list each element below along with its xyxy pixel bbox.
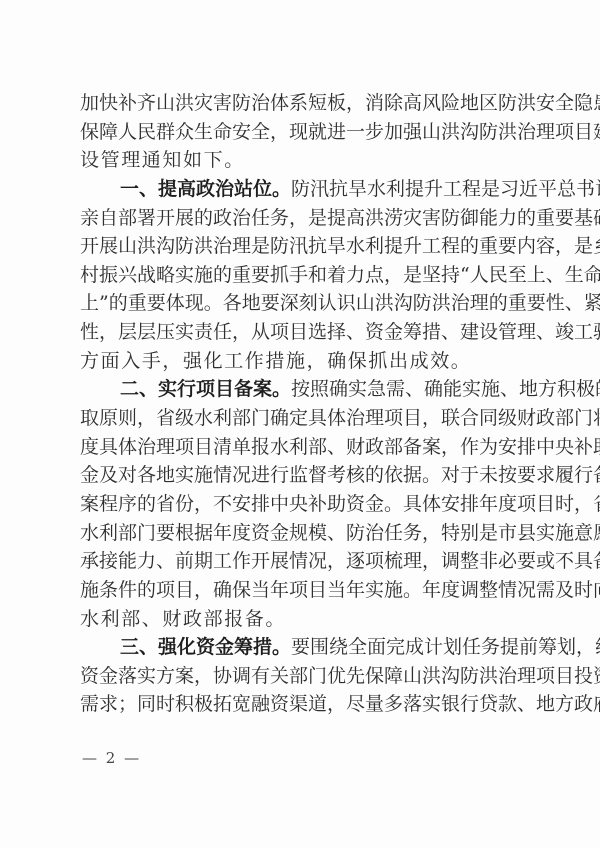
text-line: 度具体治理项目清单报水利部、财政部备案，作为安排中央补助资 <box>80 433 524 462</box>
text-line: 设管理通知如下。 <box>80 146 524 175</box>
text-line: 案程序的省份，不安排中央补助资金。具体安排年度项目时，省级 <box>80 490 524 519</box>
text-line: 承接能力、前期工作开展情况，逐项梳理，调整非必要或不具备实 <box>80 547 524 576</box>
text-line: 加快补齐山洪灾害防治体系短板，消除高风险地区防洪安全隐患， <box>80 89 524 118</box>
text-line: 施条件的项目，确保当年项目当年实施。年度调整情况需及时向 <box>80 576 524 605</box>
section-heading-1: 一、提高政治站位。 <box>120 178 291 200</box>
page-number: — 2 — <box>82 749 141 767</box>
section-heading-3: 三、强化资金筹措。 <box>120 636 291 658</box>
text-line: 开展山洪沟防洪治理是防汛抗旱水利提升工程的重要内容，是乡 <box>80 232 524 261</box>
text-line: 水利部门要根据年度资金规模、防治任务，特别是市县实施意愿和 <box>80 519 524 548</box>
text-line: 取原则，省级水利部门确定具体治理项目，联合同级财政部门将年 <box>80 404 524 433</box>
text-line: 亲自部署开展的政治任务，是提高洪涝灾害防御能力的重要基础。 <box>80 204 524 233</box>
text-line: 村振兴战略实施的重要抓手和着力点，是坚持“人民至上、生命至 <box>80 261 524 290</box>
text-line: 需求；同时积极拓宽融资渠道，尽量多落实银行贷款、地方政府专 <box>80 690 524 719</box>
text-span: 防汛抗旱水利提升工程是习近平总书记 <box>291 178 600 200</box>
text-line: 性，层层压实责任，从项目选择、资金筹措、建设管理、竣工验收等 <box>80 318 524 347</box>
section-first-line: 三、强化资金筹措。要围绕全面完成计划任务提前筹划，细化 <box>80 633 524 662</box>
text-line: 上”的重要体现。各地要深刻认识山洪沟防洪治理的重要性、紧迫 <box>80 289 524 318</box>
document-body: 加快补齐山洪灾害防治体系短板，消除高风险地区防洪安全隐患， 保障人民群众生命安全… <box>80 89 524 719</box>
text-line: 保障人民群众生命安全，现就进一步加强山洪沟防洪治理项目建 <box>80 118 524 147</box>
section-first-line: 一、提高政治站位。防汛抗旱水利提升工程是习近平总书记 <box>80 175 524 204</box>
text-span: 按照确实急需、确能实施、地方积极的选 <box>291 378 600 400</box>
section-first-line: 二、实行项目备案。按照确实急需、确能实施、地方积极的选 <box>80 375 524 404</box>
text-line: 方面入手，强化工作措施，确保抓出成效。 <box>80 347 524 376</box>
text-line: 水利部、财政部报备。 <box>80 605 524 634</box>
text-span: 要围绕全面完成计划任务提前筹划，细化 <box>291 636 600 658</box>
text-line: 金及对各地实施情况进行监督考核的依据。对于未按要求履行备 <box>80 461 524 490</box>
text-line: 资金落实方案，协调有关部门优先保障山洪沟防洪治理项目投资 <box>80 662 524 691</box>
document-page: 加快补齐山洪灾害防治体系短板，消除高风险地区防洪安全隐患， 保障人民群众生命安全… <box>0 0 600 848</box>
section-heading-2: 二、实行项目备案。 <box>120 378 291 400</box>
